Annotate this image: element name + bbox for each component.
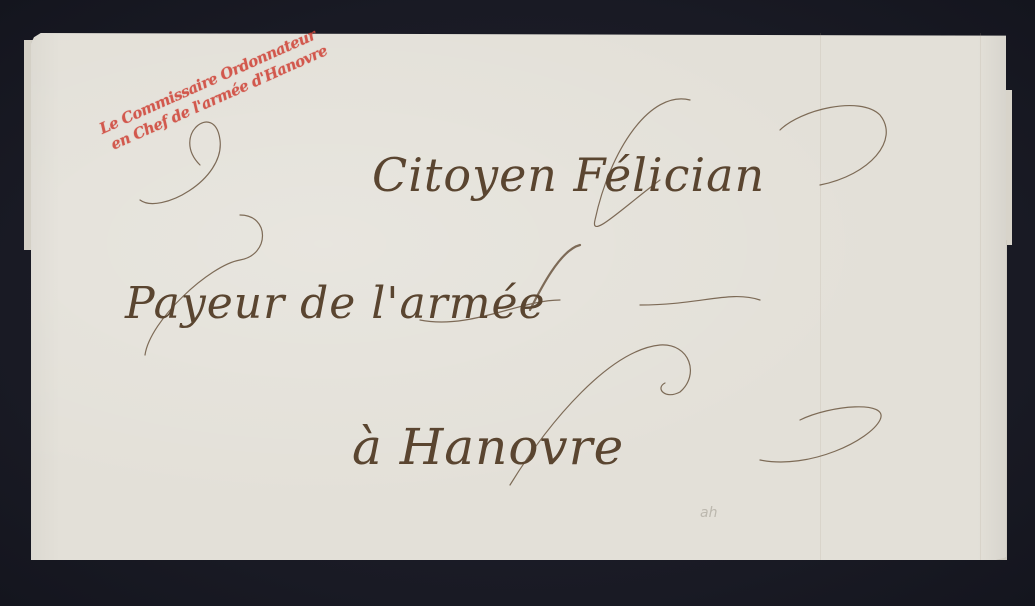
address-line-destination: à Hanovre [352, 418, 624, 476]
fold-line [980, 33, 981, 560]
address-line-title: Payeur de l'armée [125, 278, 546, 329]
fold-line [820, 33, 821, 560]
pencil-annotation: ah [700, 505, 717, 521]
address-line-recipient: Citoyen Félician [372, 148, 765, 202]
